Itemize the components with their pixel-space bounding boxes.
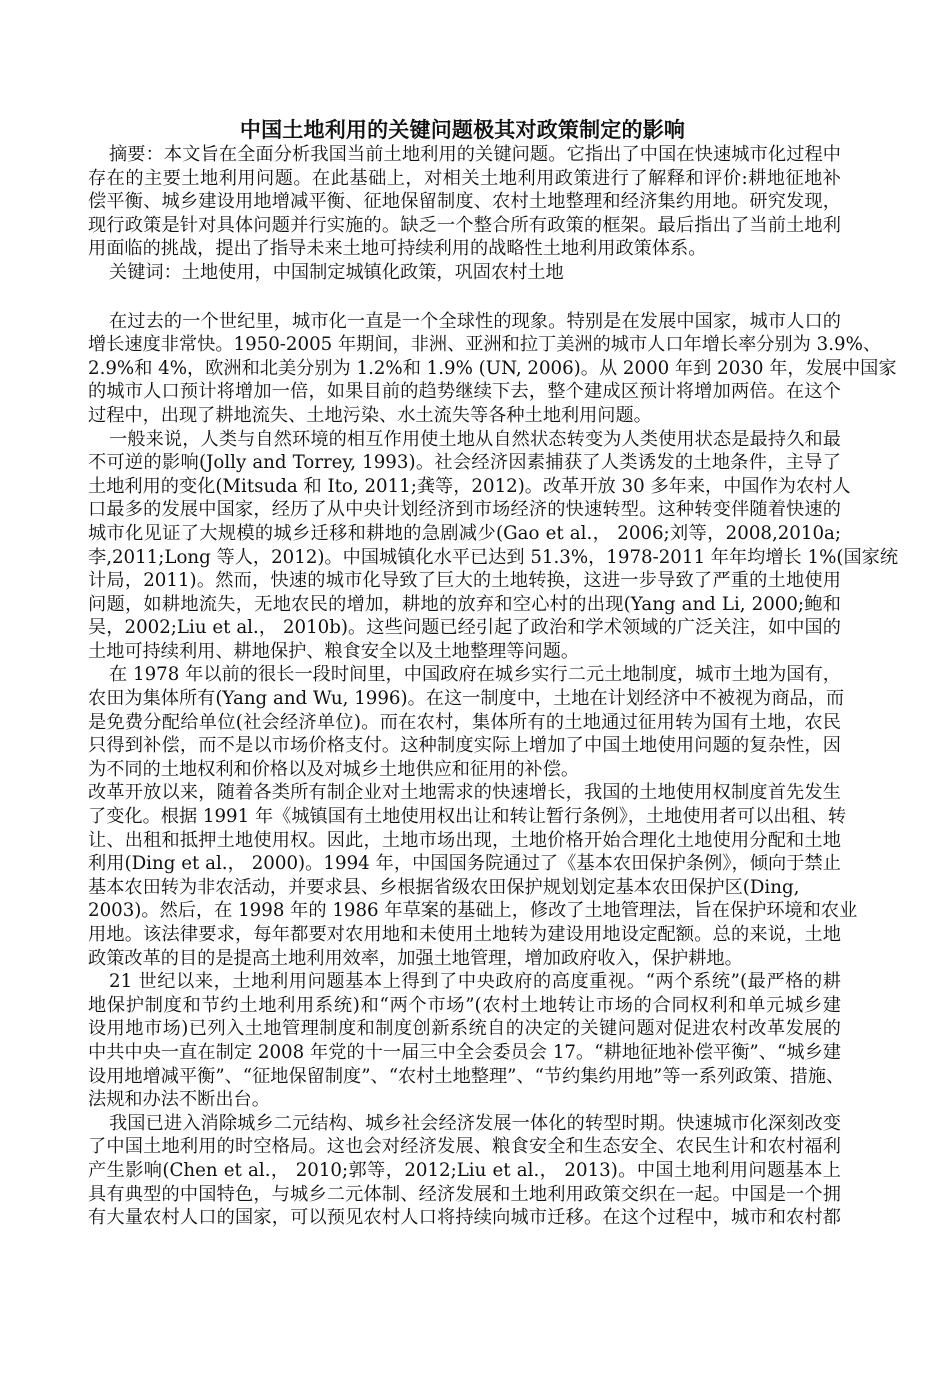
paragraph-line: 21 世纪以来，土地利用问题基本上得到了中央政府的高度重视。“两个系统”(最严格… (88, 970, 841, 994)
paragraph-line: 产生影响(Chen et al.， 2010;郭等，2012;Liu et al… (88, 1159, 841, 1183)
paragraph-line: 2003)。然后，在 1998 年的 1986 年草案的基础上，修改了土地管理法… (88, 899, 841, 923)
paragraph-line: 了变化。根据 1991 年《城镇国有土地使用权出让和转让暂行条例》，土地使用者可… (88, 805, 841, 829)
paragraph-line: 我国已进入消除城乡二元结构、城乡社会经济发展一体化的转型时期。快速城市化深刻改变 (88, 1112, 841, 1136)
abstract-line: 用面临的挑战，提出了指导未来土地可持续利用的战略性土地利用政策体系。 (88, 237, 841, 261)
paragraph-line: 农田为集体所有(Yang and Wu, 1996)。在这一制度中，土地在计划经… (88, 687, 841, 711)
paragraph-line: 土地可持续利用、耕地保护、粮食安全以及土地整理等问题。 (88, 640, 841, 664)
paragraph-line: 基本农田转为非农活动，并要求县、乡根据省级农田保护规划划定基本农田保护区(Din… (88, 876, 841, 900)
abstract-line: 现行政策是针对具体问题并行实施的。缺乏一个整合所有政策的框架。最后指出了当前土地… (88, 214, 841, 238)
paragraph-line: 城市化见证了大规模的城乡迁移和耕地的急剧减少(Gao et al.， 2006;… (88, 522, 841, 546)
paragraph-line: 口最多的发展中国家，经历了从中央计划经济到市场经济的快速转型。这种转变伴随着快速… (88, 498, 841, 522)
paragraph-line: 土地利用的变化(Mitsuda 和 Ito, 2011;龚等，2012)。改革开… (88, 475, 841, 499)
paragraph-line: 法规和办法不断出台。 (88, 1088, 841, 1112)
spacer (88, 285, 841, 310)
abstract-section: 摘要：本文旨在全面分析我国当前土地利用的关键问题。它指出了中国在快速城市化过程中… (88, 143, 841, 1230)
paragraph-line: 问题，如耕地流失，无地农民的增加，耕地的放弃和空心村的出现(Yang and L… (88, 593, 841, 617)
paragraph-line: 设用地市场)已列入土地管理制度和制度创新系统自的决定的关键问题对促进农村改革发展… (88, 1017, 841, 1041)
paragraph-1: 在过去的一个世纪里，城市化一直是一个全球性的现象。特别是在发展中国家，城市人口的… (88, 310, 841, 428)
document-page: 中国土地利用的关键问题极其对政策制定的影响 摘要：本文旨在全面分析我国当前土地利… (0, 0, 925, 1382)
paragraph-line: 让、出租和抵押土地使用权。因此，土地市场出现，土地价格开始合理化土地使用分配和土… (88, 829, 841, 853)
paragraph-line: 增长速度非常快。1950-2005 年期间，非洲、亚洲和拉丁美洲的城市人口年增长… (88, 333, 841, 357)
abstract-line: 摘要：本文旨在全面分析我国当前土地利用的关键问题。它指出了中国在快速城市化过程中 (88, 143, 841, 167)
paragraph-line: 具有典型的中国特色，与城乡二元体制、经济发展和土地利用政策交织在一起。中国是一个… (88, 1183, 841, 1207)
paragraph-line: 地保护制度和节约土地利用系统)和“两个市场”(农村土地转让市场的合同权利和单元城… (88, 994, 841, 1018)
paragraph-3: 在 1978 年以前的很长一段时间里，中国政府在城乡实行二元土地制度，城市土地为… (88, 663, 841, 781)
paragraph-line: 利用(Ding et al.， 2000)。1994 年，中国国务院通过了《基本… (88, 852, 841, 876)
paragraph-5: 21 世纪以来，土地利用问题基本上得到了中央政府的高度重视。“两个系统”(最严格… (88, 970, 841, 1112)
paragraph-line: 李,2011;Long 等人，2012)。中国城镇化水平已达到 51.3%，19… (88, 546, 841, 570)
paragraph-line: 过程中，出现了耕地流失、土地污染、水土流失等各种土地利用问题。 (88, 404, 841, 428)
paragraph-line: 了中国土地利用的时空格局。这也会对经济发展、粮食安全和生态安全、农民生计和农村福… (88, 1135, 841, 1159)
paragraph-line: 在过去的一个世纪里，城市化一直是一个全球性的现象。特别是在发展中国家，城市人口的 (88, 310, 841, 334)
paragraph-line: 是免费分配给单位(社会经济单位)。而在农村，集体所有的土地通过征用转为国有土地，… (88, 711, 841, 735)
paragraph-line: 用地。该法律要求，每年都要对农用地和未使用土地转为建设用地设定配额。总的来说，土… (88, 923, 841, 947)
abstract-line: 存在的主要土地利用问题。在此基础上，对相关土地利用政策进行了解释和评价:耕地征地… (88, 167, 841, 191)
paragraph-line: 只得到补偿，而不是以市场价格支付。这种制度实际上增加了中国土地使用问题的复杂性，… (88, 734, 841, 758)
paragraph-line: 改革开放以来，随着各类所有制企业对土地需求的快速增长，我国的土地使用权制度首先发… (88, 781, 841, 805)
paragraph-line: 为不同的土地权利和价格以及对城乡土地供应和征用的补偿。 (88, 758, 841, 782)
document-title: 中国土地利用的关键问题极其对政策制定的影响 (0, 116, 925, 144)
paragraph-line: 2.9%和 4%，欧洲和北美分别为 1.2%和 1.9% (UN, 2006)。… (88, 357, 841, 381)
paragraph-line: 吴，2002;Liu et al.， 2010b)。这些问题已经引起了政治和学术… (88, 616, 841, 640)
paragraph-line: 的城市人口预计将增加一倍，如果目前的趋势继续下去，整个建成区预计将增加两倍。在这… (88, 380, 841, 404)
paragraph-line: 设用地增减平衡”、“征地保留制度”、“农村土地整理”、“节约集约用地”等一系列政… (88, 1065, 841, 1089)
paragraph-line: 不可逆的影响(Jolly and Torrey, 1993)。社会经济因素捕获了… (88, 451, 841, 475)
paragraph-line: 一般来说，人类与自然环境的相互作用使土地从自然状态转变为人类使用状态是最持久和最 (88, 428, 841, 452)
abstract-line: 偿平衡、城乡建设用地增减平衡、征地保留制度、农村土地整理和经济集约用地。研究发现… (88, 190, 841, 214)
paragraph-line: 有大量农村人口的国家，可以预见农村人口将持续向城市迁移。在这个过程中，城市和农村… (88, 1206, 841, 1230)
paragraph-2: 一般来说，人类与自然环境的相互作用使土地从自然状态转变为人类使用状态是最持久和最… (88, 428, 841, 664)
paragraph-4: 改革开放以来，随着各类所有制企业对土地需求的快速增长，我国的土地使用权制度首先发… (88, 781, 841, 970)
keywords: 关键词：土地使用，中国制定城镇化政策，巩固农村土地 (88, 261, 841, 285)
paragraph-line: 在 1978 年以前的很长一段时间里，中国政府在城乡实行二元土地制度，城市土地为… (88, 663, 841, 687)
paragraph-6: 我国已进入消除城乡二元结构、城乡社会经济发展一体化的转型时期。快速城市化深刻改变… (88, 1112, 841, 1230)
paragraph-line: 计局，2011)。然而，快速的城市化导致了巨大的土地转换，这进一步导致了严重的土… (88, 569, 841, 593)
paragraph-line: 中共中央一直在制定 2008 年党的十一届三中全会委员会 17。“耕地征地补偿平… (88, 1041, 841, 1065)
paragraph-line: 政策改革的目的是提高土地利用效率，加强土地管理，增加政府收入，保护耕地。 (88, 947, 841, 971)
